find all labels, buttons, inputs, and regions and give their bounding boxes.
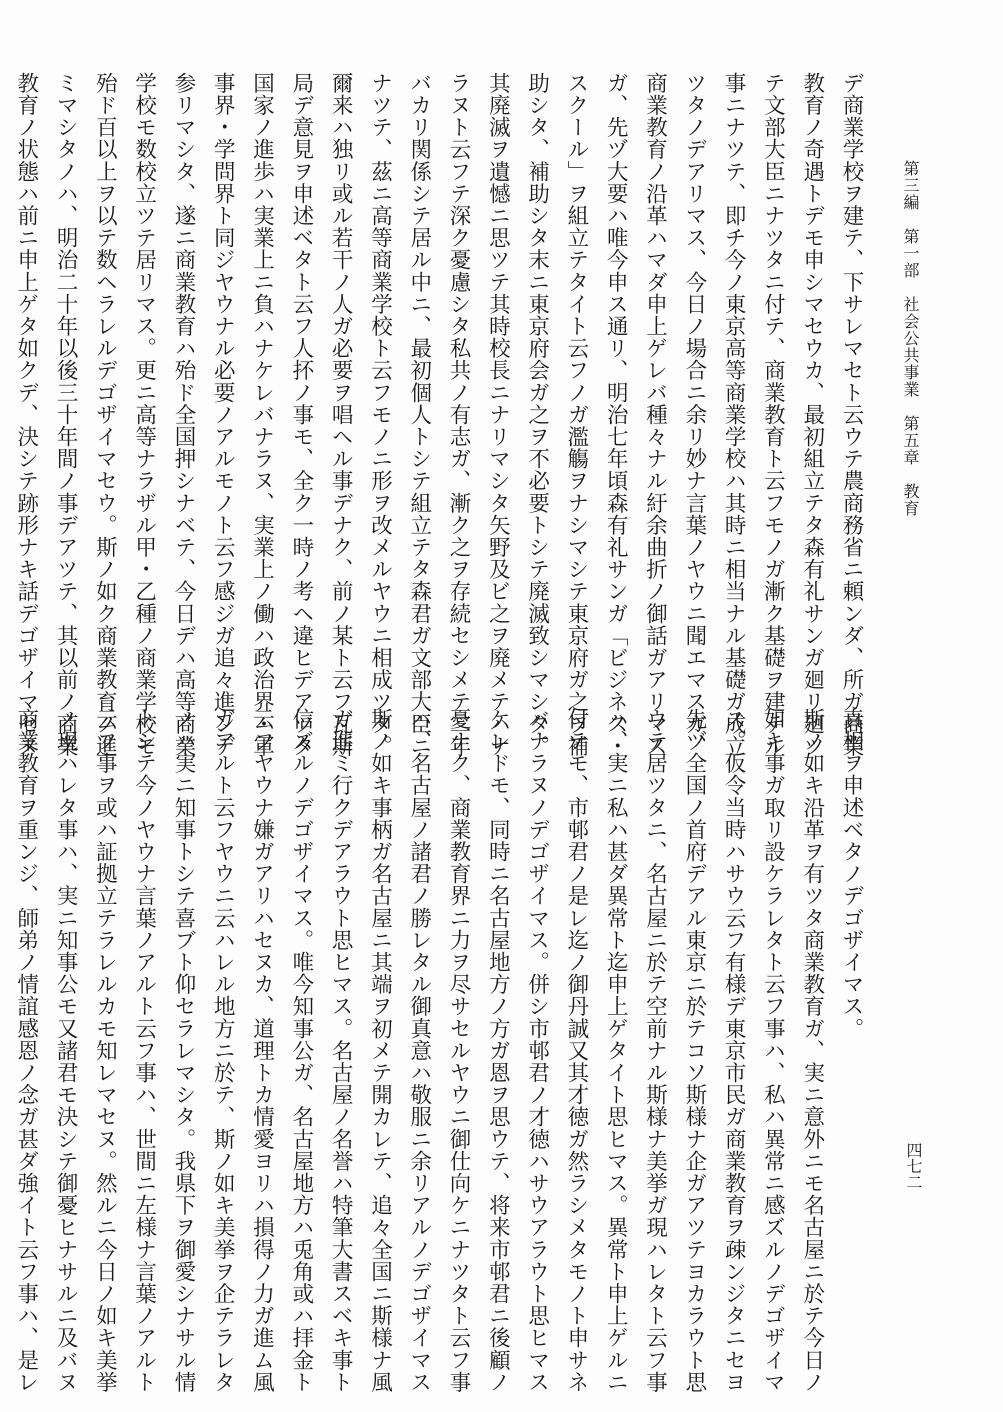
- text-column: 如キ事ガ取リ設ケラレタト云フ事ハ、私ハ異常ニ感ズルノデゴザイマ: [753, 708, 792, 1308]
- text-column: テ文部大臣ニナツタニ付テ、商業教育ト云フモノガ漸ク基礎ヲ建テル: [753, 72, 792, 672]
- text-column: ガ、先ヅ大要ハ唯今申ス通リ、明治七年頃森有礼サンガ「ビジネス・: [596, 72, 635, 672]
- text-block-bottom: 真相ヲ申述ベタノデゴザイマス。 斯ノ如キ沿革ヲ有ツタ商業教育ガ、実ニ意外ニモ名古…: [56, 708, 871, 1308]
- text-column: ハ、実ニ私ハ甚ダ異常ト迄申上ゲタイト思ヒマス。異常ト申上ゲルニ: [596, 708, 635, 1308]
- text-column: ツタノデアリマス、今日ノ場合ニ余リ妙ナ言葉ノヤウニ聞エマスガ、: [675, 72, 714, 672]
- text-block-top: デ商業学校ヲ建テ、下サレマセト云ウテ農商務省ニ頼ンダ、所ガ商業 教育ノ奇遇トデモ…: [56, 72, 871, 672]
- text-column: バカリ関係シテ居ル中ニ、最初個人トシテ組立テタ森君ガ文部大臣ニ: [399, 72, 438, 672]
- text-column: 商業教育ヲ重ンジ、師弟ノ情誼感恩ノ念ガ甚ダ強イト云フ事ハ、是レ: [6, 708, 45, 1308]
- text-column: ミマシタノハ、明治二十年以後三十年間ノ事デアツテ、其以前ノ商業: [46, 72, 85, 672]
- text-column: ウテ居ツタニ、名古屋ニ於テ空前ナル斯様ナ美挙ガ現ハレタト云フ事: [635, 708, 674, 1308]
- text-column: 云フヤウナ嫌ガアリハセヌカ、道理トカ情愛ヨリハ損得ノ力ガ進ム風: [242, 708, 281, 1308]
- text-column: 局デ意見ヲ申述ベタト云フ人抔ノ事モ、全ク一時ノ考ヘ違ヒデアツタ: [282, 72, 321, 672]
- text-column: 事ニナツテ、即チ今ノ東京高等商業学校ハ其時ニ相当ナル基礎ガ成立: [714, 72, 753, 672]
- text-column: 云フ事ヲ或ハ証拠立テラレルカモ知レマセヌ。然ルニ今日ノ如キ美挙: [85, 708, 124, 1308]
- text-column: ラヌト云フテ深ク憂慮シタ私共ノ有志ガ、漸ク之ヲ存続セシメテ二年: [439, 72, 478, 672]
- text-column: 斯ノ如キ沿革ヲ有ツタ商業教育ガ、実ニ意外ニモ名古屋ニ於テ今日ノ: [792, 708, 831, 1308]
- text-column: 其廃滅ヲ遺憾ニ思ツテ其時校長ニナリマシタ矢野及ビ之ヲ廃メテハナ: [478, 72, 517, 672]
- text-column: 国家ノ進歩ハ実業上ニ負ハナケレバナラヌ、実業上ノ働ハ政治界・軍: [242, 72, 281, 672]
- text-column: 事界・学問界ト同ジヤウナル必要ノアルモノト云フ感ジガ追々進ンデ: [203, 72, 242, 672]
- text-column: ノハ実ニ知事トシテ喜ブト仰セラレマシタ。我県下ヲ御愛シナサル情: [164, 708, 203, 1308]
- text-column: 殆ド百以上ヲ以テ数ヘラレルデゴザイマセウ。斯ノ如ク商業教育ノ進: [85, 72, 124, 672]
- text-column: ノ現ハレタ事ハ、実ニ知事公モ又諸君モ決シテ御憂ヒナサルニ及バヌ: [46, 708, 85, 1308]
- text-column: ナツテ、茲ニ高等商業学校ト云フモノニ形ヲ改メルヤウニ相成ツタ。: [360, 72, 399, 672]
- text-column: ス。仮令当時ハサウ云フ有様デ東京市民ガ商業教育ヲ疎ンジタニセヨ: [714, 708, 753, 1308]
- text-column: 爾来ハ独リ或ル若干ノ人ガ必要ヲ唱ヘル事デナク、前ノ某ト云フ瓦斯: [321, 72, 360, 672]
- text-column: バナラヌノデゴザイマス。併シ市邨君ノ才徳ハサウアラウト思ヒマス: [517, 708, 556, 1308]
- text-column: 斯ノ如キ事柄ガ名古屋ニ其端ヲ初メテ開カレテ、追々全国ニ斯様ナ風: [360, 708, 399, 1308]
- text-column: スクール」ヲ組立テタイト云フノガ濫觴ヲナシマシテ東京府ガ之ヲ補: [557, 72, 596, 672]
- text-column: ハ、名古屋ノ諸君ノ勝レタル御真意ハ敬服ニ余リアルノデゴザイマス: [399, 708, 438, 1308]
- text-column: 学校モ数校立ツテ居リマス。更ニ高等ナラザル甲・乙種ノ商業学校モ: [124, 72, 163, 672]
- running-head: 第三編 第一部 社会公共事業 第五章 教育: [900, 160, 920, 517]
- text-column: 参リマシタ、遂ニ商業教育ハ殆ド全国押シナベテ、今日デハ高等商業: [164, 72, 203, 672]
- text-column: 憂ナク、商業教育界ニ力ヲ尽サセルヤウニ御仕向ケニナツタト云フ事: [439, 708, 478, 1308]
- text-column: ガ進ミ行クデアラウト思ヒマス。名古屋ノ名誉ハ特筆大書スベキ事ト: [321, 708, 360, 1308]
- text-column: 商業教育ノ沿革ハマダ申上ゲレバ種々ナル紆余曲折ノ御話ガアリマス: [635, 72, 674, 672]
- text-column: 先ヅ全国ノ首府デアル東京ニ於テコソ斯様ナ企ガアツテヨカラウト思: [675, 708, 714, 1308]
- text-column: トシテ今ノヤウナ言葉ノアルト云フ事ハ、世間ニ左様ナ言葉ノアルト: [124, 708, 163, 1308]
- text-column: 助シタ、補助シタ末ニ東京府会ガ之ヲ不必要トシテ廃滅致シマシタ。: [517, 72, 556, 672]
- text-column: ケレドモ、同時ニ名古屋地方ノ方ガ恩ヲ思ウテ、将来市邨君ニ後顧ノ: [478, 708, 517, 1308]
- text-column: 教育ノ奇遇トデモ申シマセウカ、最初組立テタ森有礼サンガ廻リ廻ツ: [792, 72, 831, 672]
- page-number: 四七二: [903, 1142, 923, 1190]
- text-column: 教育ノ状態ハ前ニ申上ゲタ如クデ、決シテ跡形ナキ話デゴザイマセヌ: [6, 72, 45, 672]
- text-column: デ商業学校ヲ建テ、下サレマセト云ウテ農商務省ニ頼ンダ、所ガ商業: [832, 72, 871, 672]
- text-column: 信ズルノデゴザイマス。唯今知事公ガ、名古屋地方ハ兎角或ハ拝金ト: [282, 708, 321, 1308]
- text-column: 真相ヲ申述ベタノデゴザイマス。: [832, 708, 871, 1308]
- document-page: 第三編 第一部 社会公共事業 第五章 教育 デ商業学校ヲ建テ、下サレマセト云ウテ…: [0, 0, 1003, 1412]
- text-column: 付テモ、市邨君ノ是レ迄ノ御丹誠又其才徳ガ然ラシメタモノト申サネ: [557, 708, 596, 1308]
- text-column: ガアルト云フヤウニ云ハレル地方ニ於テ、斯ノ如キ美挙ヲ企テラレタ: [203, 708, 242, 1308]
